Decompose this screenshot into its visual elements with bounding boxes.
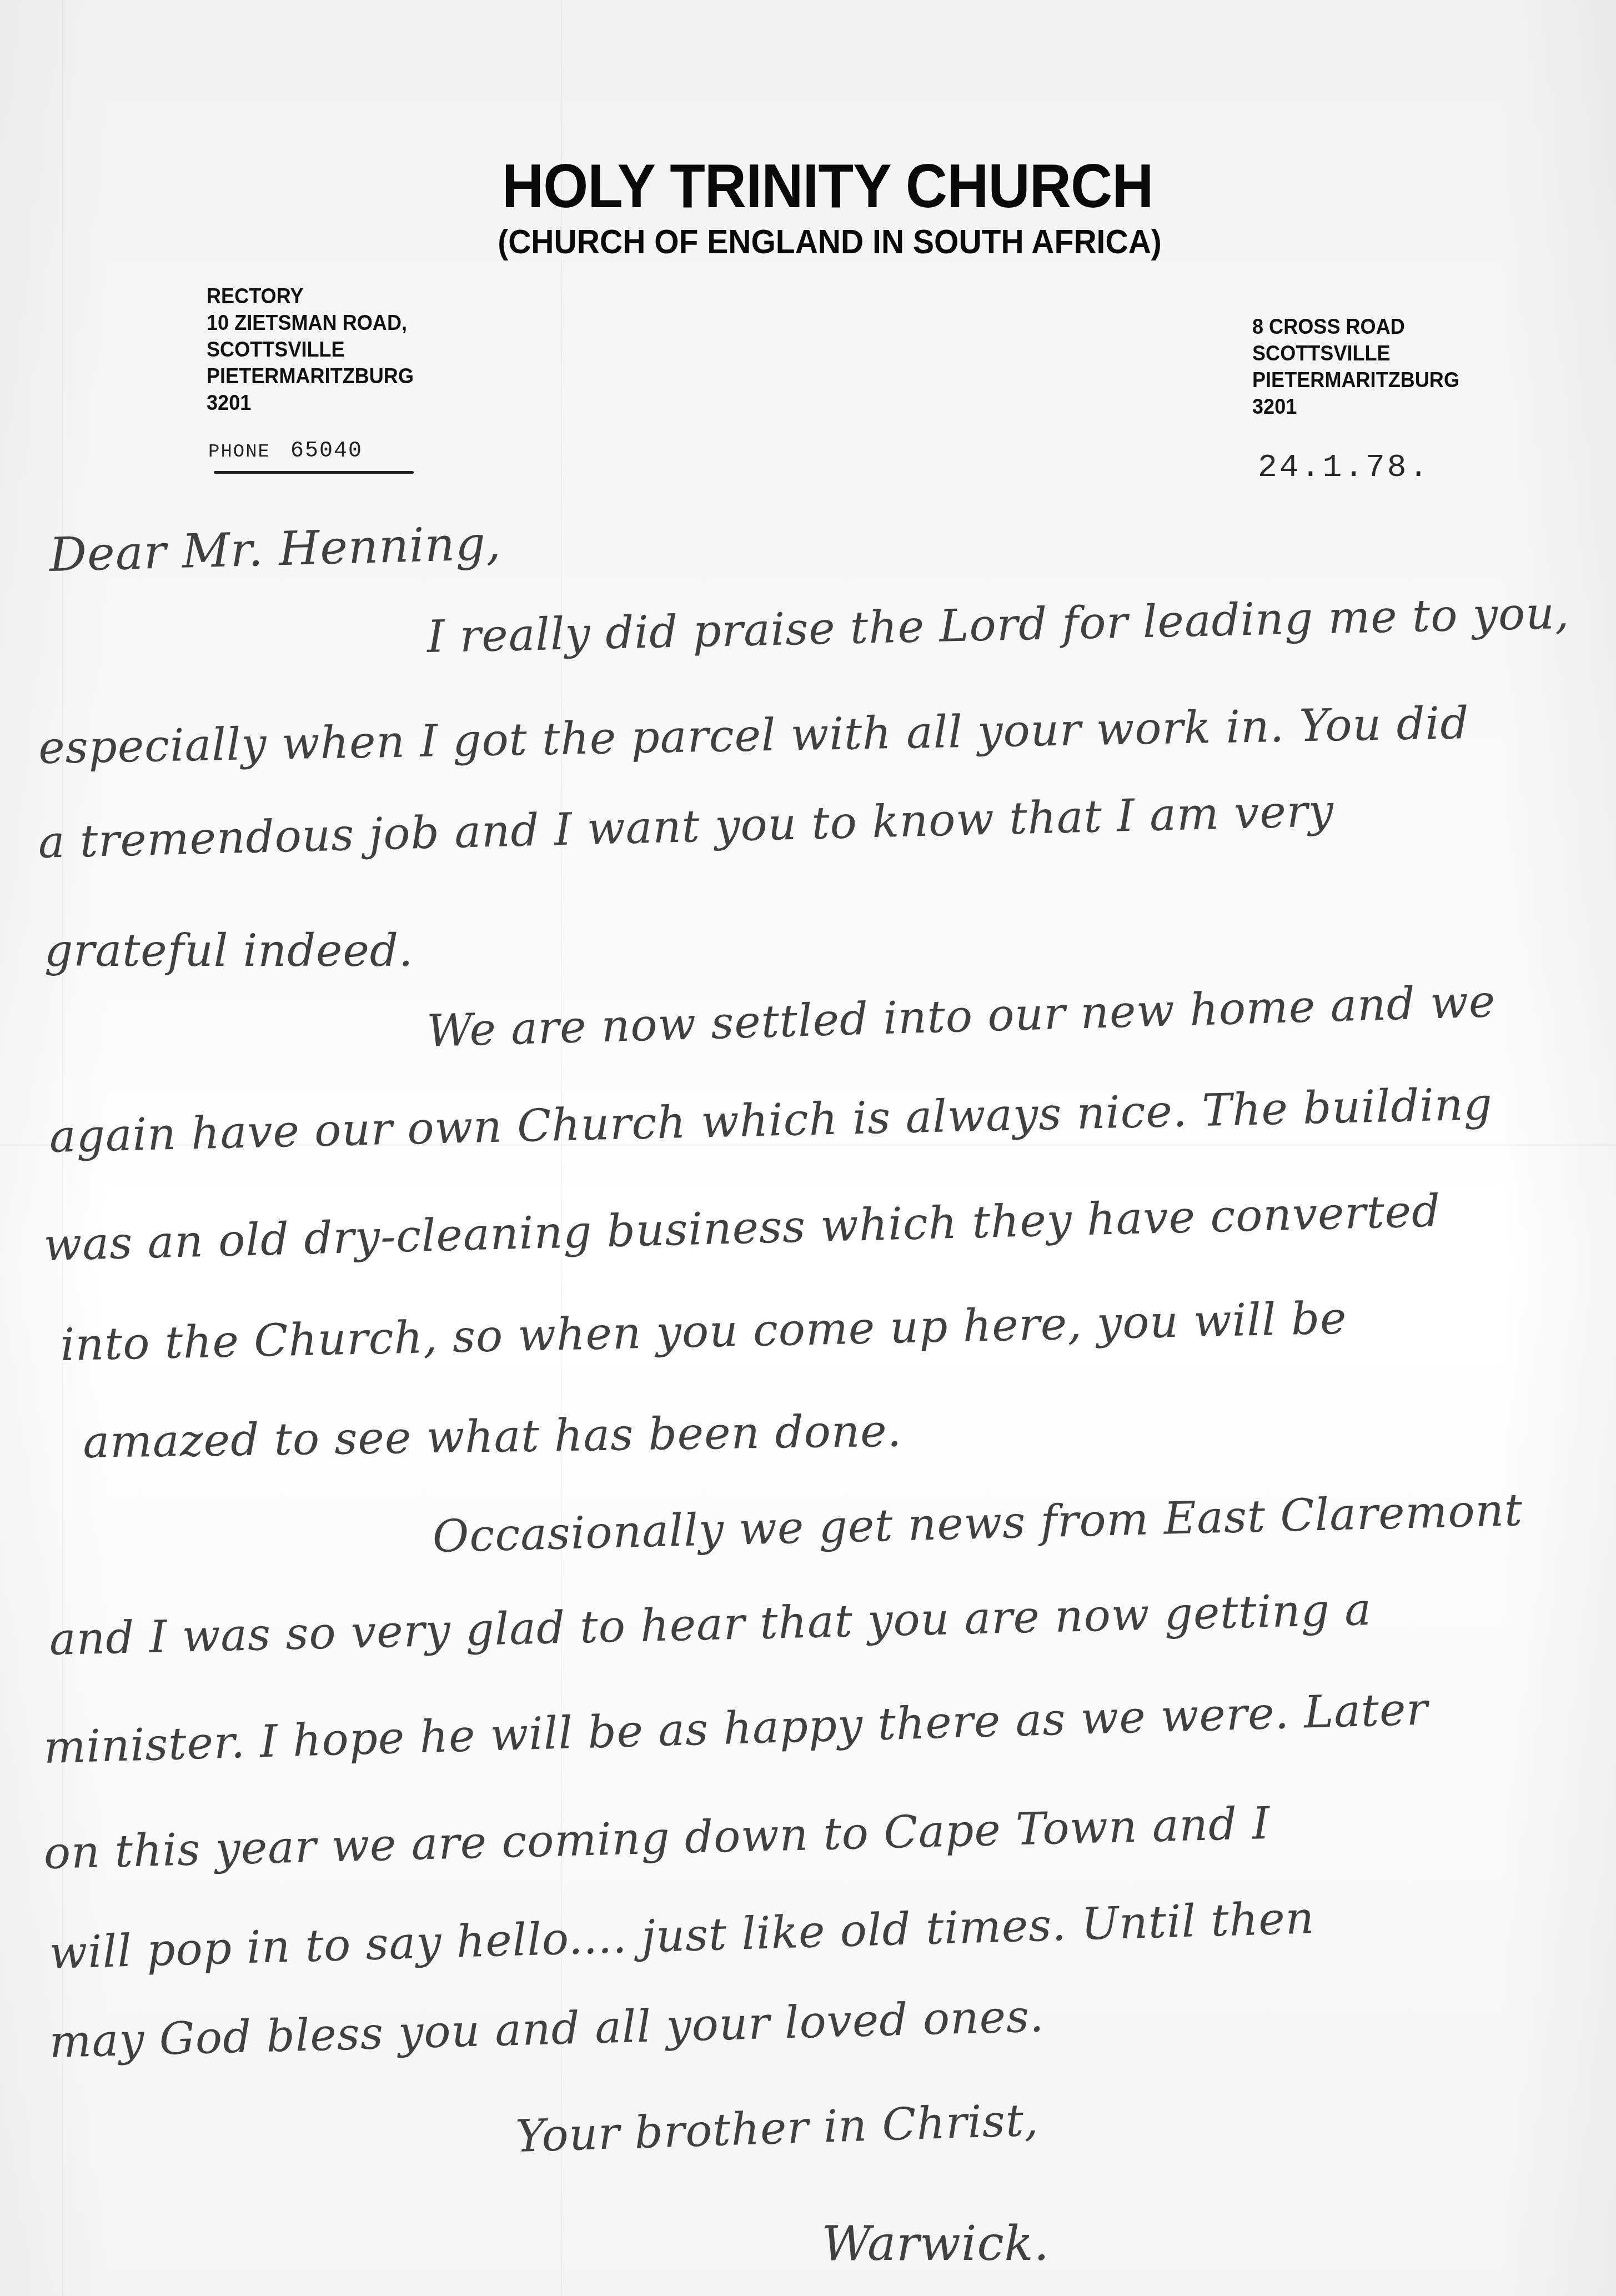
body-line: especially when I got the parcel with al… xyxy=(38,697,1469,774)
body-line: and I was so very glad to hear that you … xyxy=(49,1583,1372,1665)
phone-label: PHONE xyxy=(208,442,270,463)
body-line: may God bless you and all your loved one… xyxy=(49,1990,1045,2068)
body-line: was an old dry-cleaning business which t… xyxy=(43,1185,1442,1271)
address-line: PIETERMARITZBURG xyxy=(207,363,414,390)
body-line: again have our own Church which is alway… xyxy=(49,1078,1493,1162)
letterhead-subtitle: (CHURCH OF ENGLAND IN SOUTH AFRICA) xyxy=(472,222,1187,262)
letter-date: 24.1.78. xyxy=(1258,450,1430,486)
body-line: into the Church, so when you come up her… xyxy=(60,1292,1347,1371)
phone-value: 65040 xyxy=(290,439,363,464)
body-line: Occasionally we get news from East Clare… xyxy=(432,1484,1523,1562)
phone-underline xyxy=(214,471,414,474)
salutation: Dear Mr. Henning, xyxy=(48,516,501,582)
address-line: 3201 xyxy=(1252,394,1459,420)
address-line: PIETERMARITZBURG xyxy=(1252,367,1459,394)
body-line: I really did praise the Lord for leading… xyxy=(426,587,1570,663)
body-line: minister. I hope he will be as happy the… xyxy=(43,1683,1428,1773)
closing: Your brother in Christ, xyxy=(515,2094,1040,2162)
address-line: 8 CROSS ROAD xyxy=(1252,314,1459,340)
body-line: on this year we are coming down to Cape … xyxy=(43,1797,1271,1879)
letterhead-title: HOLY TRINITY CHURCH xyxy=(461,150,1195,222)
signature: Warwick. xyxy=(822,2216,1050,2272)
body-line: a tremendous job and I want you to know … xyxy=(38,785,1334,868)
phone-number: PHONE65040 xyxy=(208,439,363,464)
address-line: 10 ZIETSMAN ROAD, xyxy=(207,310,414,337)
body-line: We are now settled into our new home and… xyxy=(426,975,1496,1057)
body-line: amazed to see what has been done. xyxy=(83,1405,902,1468)
address-line: 3201 xyxy=(207,390,414,417)
body-line: grateful indeed. xyxy=(44,925,413,976)
church-address: 8 CROSS ROAD SCOTTSVILLE PIETERMARITZBUR… xyxy=(1252,314,1459,420)
letter-page: HOLY TRINITY CHURCH (CHURCH OF ENGLAND I… xyxy=(0,0,1616,2296)
rectory-address: RECTORY 10 ZIETSMAN ROAD, SCOTTSVILLE PI… xyxy=(207,283,414,417)
address-line: SCOTTSVILLE xyxy=(1252,340,1459,367)
address-line: SCOTTSVILLE xyxy=(207,337,414,363)
address-line: RECTORY xyxy=(207,283,414,310)
body-line: will pop in to say hello.... just like o… xyxy=(48,1892,1315,1979)
